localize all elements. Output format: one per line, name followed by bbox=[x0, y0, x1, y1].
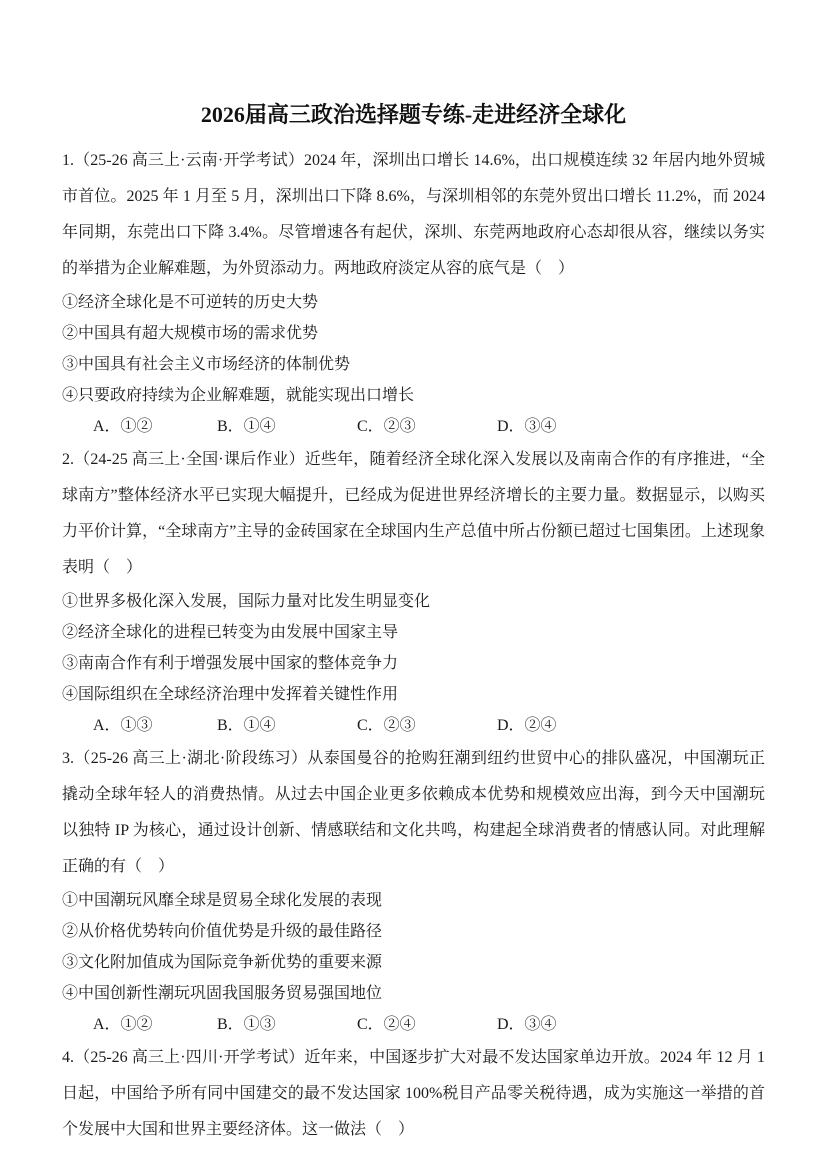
choices-row: A．①② B．①③ C．②④ D．③④ bbox=[62, 1009, 765, 1040]
statement-line: ④中国创新性潮玩巩固我国服务贸易强国地位 bbox=[62, 978, 765, 1009]
choice-d: D．③④ bbox=[497, 1009, 557, 1040]
question-3: 3.（25-26 高三上·湖北·阶段练习）从泰国曼谷的抢购狂潮到纽约世贸中心的排… bbox=[62, 741, 765, 1040]
statement-line: ②中国具有超大规模市场的需求优势 bbox=[62, 318, 765, 349]
question-stem: 3.（25-26 高三上·湖北·阶段练习）从泰国曼谷的抢购狂潮到纽约世贸中心的排… bbox=[62, 741, 765, 885]
choice-c: C．②④ bbox=[357, 1009, 497, 1040]
choices-row: A．①② B．①④ C．②③ D．③④ bbox=[62, 411, 765, 442]
statement-line: ①经济全球化是不可逆转的历史大势 bbox=[62, 287, 765, 318]
choice-a: A．①② bbox=[93, 411, 217, 442]
choice-a: A．①② bbox=[93, 1009, 217, 1040]
choice-b: B．①④ bbox=[217, 710, 357, 741]
question-stem: 2.（24-25 高三上·全国·课后作业）近些年，随着经济全球化深入发展以及南南… bbox=[62, 442, 765, 586]
choice-d: D．③④ bbox=[497, 411, 557, 442]
choice-d: D．②④ bbox=[497, 710, 557, 741]
statement-line: ④国际组织在全球经济治理中发挥着关键性作用 bbox=[62, 679, 765, 710]
choice-c: C．②③ bbox=[357, 710, 497, 741]
choice-a: A．①③ bbox=[93, 710, 217, 741]
question-2: 2.（24-25 高三上·全国·课后作业）近些年，随着经济全球化深入发展以及南南… bbox=[62, 442, 765, 741]
statement-line: ④只要政府持续为企业解难题，就能实现出口增长 bbox=[62, 380, 765, 411]
statement-line: ②从价格优势转向价值优势是升级的最佳路径 bbox=[62, 916, 765, 947]
choice-c: C．②③ bbox=[357, 411, 497, 442]
statement-line: ③中国具有社会主义市场经济的体制优势 bbox=[62, 349, 765, 380]
choices-row: A．①③ B．①④ C．②③ D．②④ bbox=[62, 710, 765, 741]
statement-line: ③南南合作有利于增强发展中国家的整体竞争力 bbox=[62, 648, 765, 679]
choice-b: B．①③ bbox=[217, 1009, 357, 1040]
question-4: 4.（25-26 高三上·四川·开学考试）近年来，中国逐步扩大对最不发达国家单边… bbox=[62, 1040, 765, 1148]
statement-line: ②经济全球化的进程已转变为由发展中国家主导 bbox=[62, 617, 765, 648]
statement-line: ③文化附加值成为国际竞争新优势的重要来源 bbox=[62, 947, 765, 978]
document-page: 2026届高三政治选择题专练-走进经济全球化 1.（25-26 高三上·云南·开… bbox=[0, 0, 827, 1169]
statement-line: ①世界多极化深入发展，国际力量对比发生明显变化 bbox=[62, 586, 765, 617]
statement-line: ①中国潮玩风靡全球是贸易全球化发展的表现 bbox=[62, 885, 765, 916]
document-title: 2026届高三政治选择题专练-走进经济全球化 bbox=[62, 100, 765, 130]
question-stem: 4.（25-26 高三上·四川·开学考试）近年来，中国逐步扩大对最不发达国家单边… bbox=[62, 1040, 765, 1148]
choice-b: B．①④ bbox=[217, 411, 357, 442]
question-1: 1.（25-26 高三上·云南·开学考试）2024 年，深圳出口增长 14.6%… bbox=[62, 143, 765, 442]
question-stem: 1.（25-26 高三上·云南·开学考试）2024 年，深圳出口增长 14.6%… bbox=[62, 143, 765, 287]
